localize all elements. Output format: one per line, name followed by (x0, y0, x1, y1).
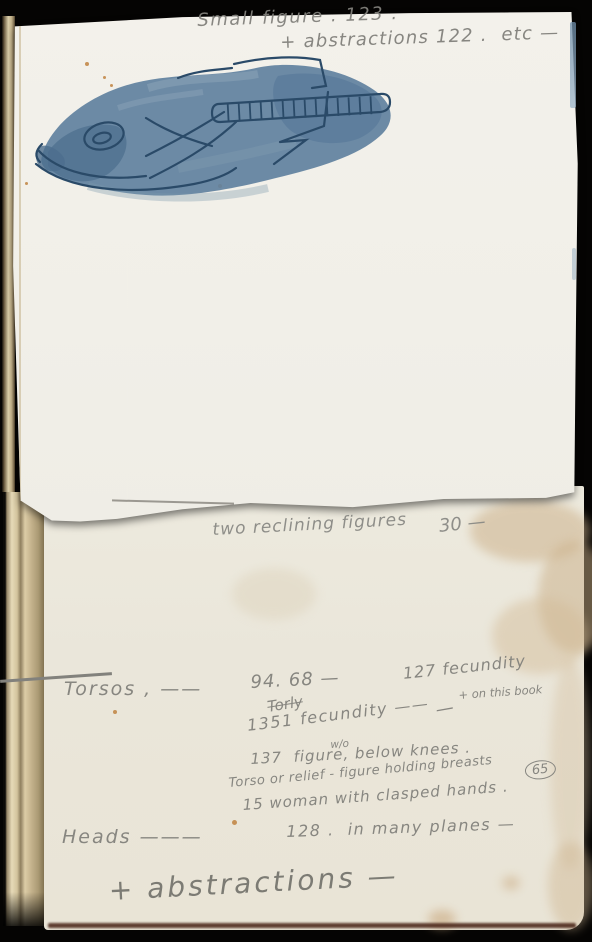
blue-page-edge-sliver (570, 22, 576, 108)
annotation-torsos: Torsos , —— (64, 678, 202, 700)
spine-binding-lower (3, 492, 47, 926)
blue-page-edge-sliver (572, 248, 576, 280)
wash-layer (36, 65, 391, 198)
stain (550, 658, 590, 870)
circled-number: 65 (524, 759, 556, 781)
stain (502, 876, 520, 890)
foxing-spot (232, 820, 237, 825)
annotation-heads: Heads ——— (62, 826, 203, 848)
annotation-insertion-wo: w/o (330, 738, 349, 751)
foxing-spot (113, 710, 117, 714)
scanned-sketchbook-page: Small figure . 123 . + abstractions 122 … (0, 0, 592, 942)
page-crease (19, 20, 21, 500)
page-bottom-edge-shadow (48, 923, 576, 928)
watercolour-reclining-figure-sketch (28, 48, 420, 208)
stain (232, 568, 316, 620)
stain (548, 842, 592, 930)
annotation-circled-65: 65 (524, 759, 556, 781)
annotation-small-dash: — (434, 697, 455, 721)
